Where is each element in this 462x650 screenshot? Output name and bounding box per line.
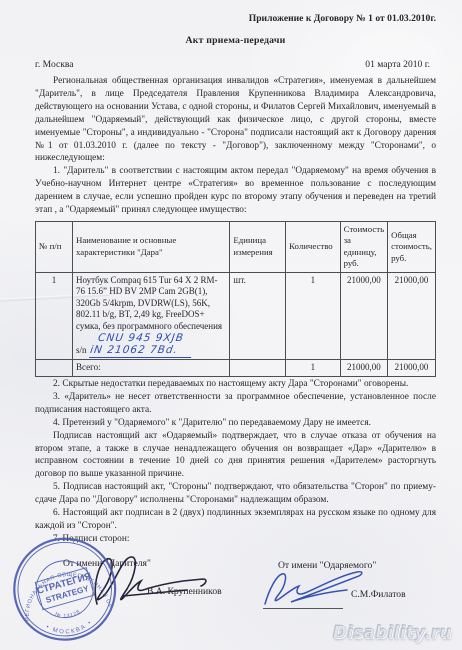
date-label: 01 марта 2010 г. bbox=[365, 59, 430, 70]
item-number: 1 bbox=[36, 272, 73, 360]
total-label: Всего: bbox=[73, 360, 230, 377]
col-header-name: Наименование и основные характеристики "… bbox=[73, 221, 230, 272]
svg-text:№ 13128: № 13128 bbox=[53, 608, 82, 622]
city-date-row: г. Москва 01 марта 2010 г. bbox=[35, 59, 436, 70]
serial-prefix: s/n bbox=[76, 345, 87, 357]
col-header-qty: Количество bbox=[286, 221, 340, 272]
scanned-document-page: { "page": { "header_right": "Приложение … bbox=[0, 0, 462, 650]
item-total: 21000,00 bbox=[388, 272, 436, 360]
goods-table: № п/п Наименование и основные характерис… bbox=[35, 221, 436, 377]
intro-paragraph: Региональная общественная организация ин… bbox=[35, 75, 436, 165]
total-amount: 21000,00 bbox=[388, 360, 436, 377]
item-description: Ноутбук Compaq 615 Tur 64 X 2 RM-76 15.6… bbox=[76, 275, 222, 331]
paragraph-6: 6. Настоящий акт подписан в 2 (двух) под… bbox=[35, 507, 436, 533]
total-row: Всего: 1 21000,00 21000,00 bbox=[36, 360, 436, 377]
col-header-total: Общая стоимость, руб. bbox=[388, 221, 436, 272]
paragraph-1: 1. "Даритель" в соответствии с настоящим… bbox=[35, 165, 436, 217]
donor-name: В.А. Крупенников bbox=[147, 586, 222, 597]
recipient-name: С.М.Филатов bbox=[351, 589, 406, 600]
city-label: г. Москва bbox=[35, 59, 74, 70]
paragraph-3: 3. «Даритель» не несет ответственности з… bbox=[35, 391, 436, 417]
table-row: 1 Ноутбук Compaq 615 Tur 64 X 2 RM-76 15… bbox=[36, 272, 436, 360]
handwritten-serial-line2: s/n iN 21062 7Bd. bbox=[76, 345, 226, 358]
total-empty-num bbox=[36, 360, 73, 377]
col-header-unit-price: Стоимость за единицу, руб. bbox=[340, 221, 388, 272]
organization-stamp: РЕГИОНАЛЬНАЯ ОБЩЕСТВЕННАЯ ОРГАНИЗАЦИЯ ИН… bbox=[0, 527, 133, 650]
total-unit-price: 21000,00 bbox=[340, 360, 388, 377]
disability-ru-watermark: Disability.ru bbox=[333, 623, 452, 642]
stamp-number: № 13128 bbox=[53, 608, 82, 622]
paragraph-4b: Подписав настоящий акт «Одаряемый» подтв… bbox=[35, 430, 436, 482]
paragraph-2: 2. Скрытые недостатки передаваемых по на… bbox=[35, 378, 436, 391]
item-qty: 1 bbox=[286, 272, 340, 360]
item-unit-price: 21000,00 bbox=[340, 272, 388, 360]
document-title: Акт приема-передачи bbox=[35, 35, 436, 46]
item-description-cell: Ноутбук Compaq 615 Tur 64 X 2 RM-76 15.6… bbox=[73, 272, 230, 360]
col-header-number: № п/п bbox=[36, 221, 73, 272]
recipient-signature-scribble bbox=[257, 564, 382, 612]
paragraph-5: 5. Подписав настоящий акт, "Стороны" под… bbox=[35, 481, 436, 507]
total-qty: 1 bbox=[286, 360, 340, 377]
table-header-row: № п/п Наименование и основные характерис… bbox=[36, 221, 436, 272]
paragraph-4: 4. Претензий у "Одаряемого" к "Дарителю"… bbox=[35, 417, 436, 430]
col-header-unit: Единица измерения bbox=[230, 221, 286, 272]
appendix-header: Приложение к Договору № 1 от 01.03.2010г… bbox=[35, 13, 436, 24]
recipient-signature-line bbox=[263, 608, 343, 609]
total-empty-unit bbox=[230, 360, 286, 377]
item-unit: шт. bbox=[230, 272, 286, 360]
